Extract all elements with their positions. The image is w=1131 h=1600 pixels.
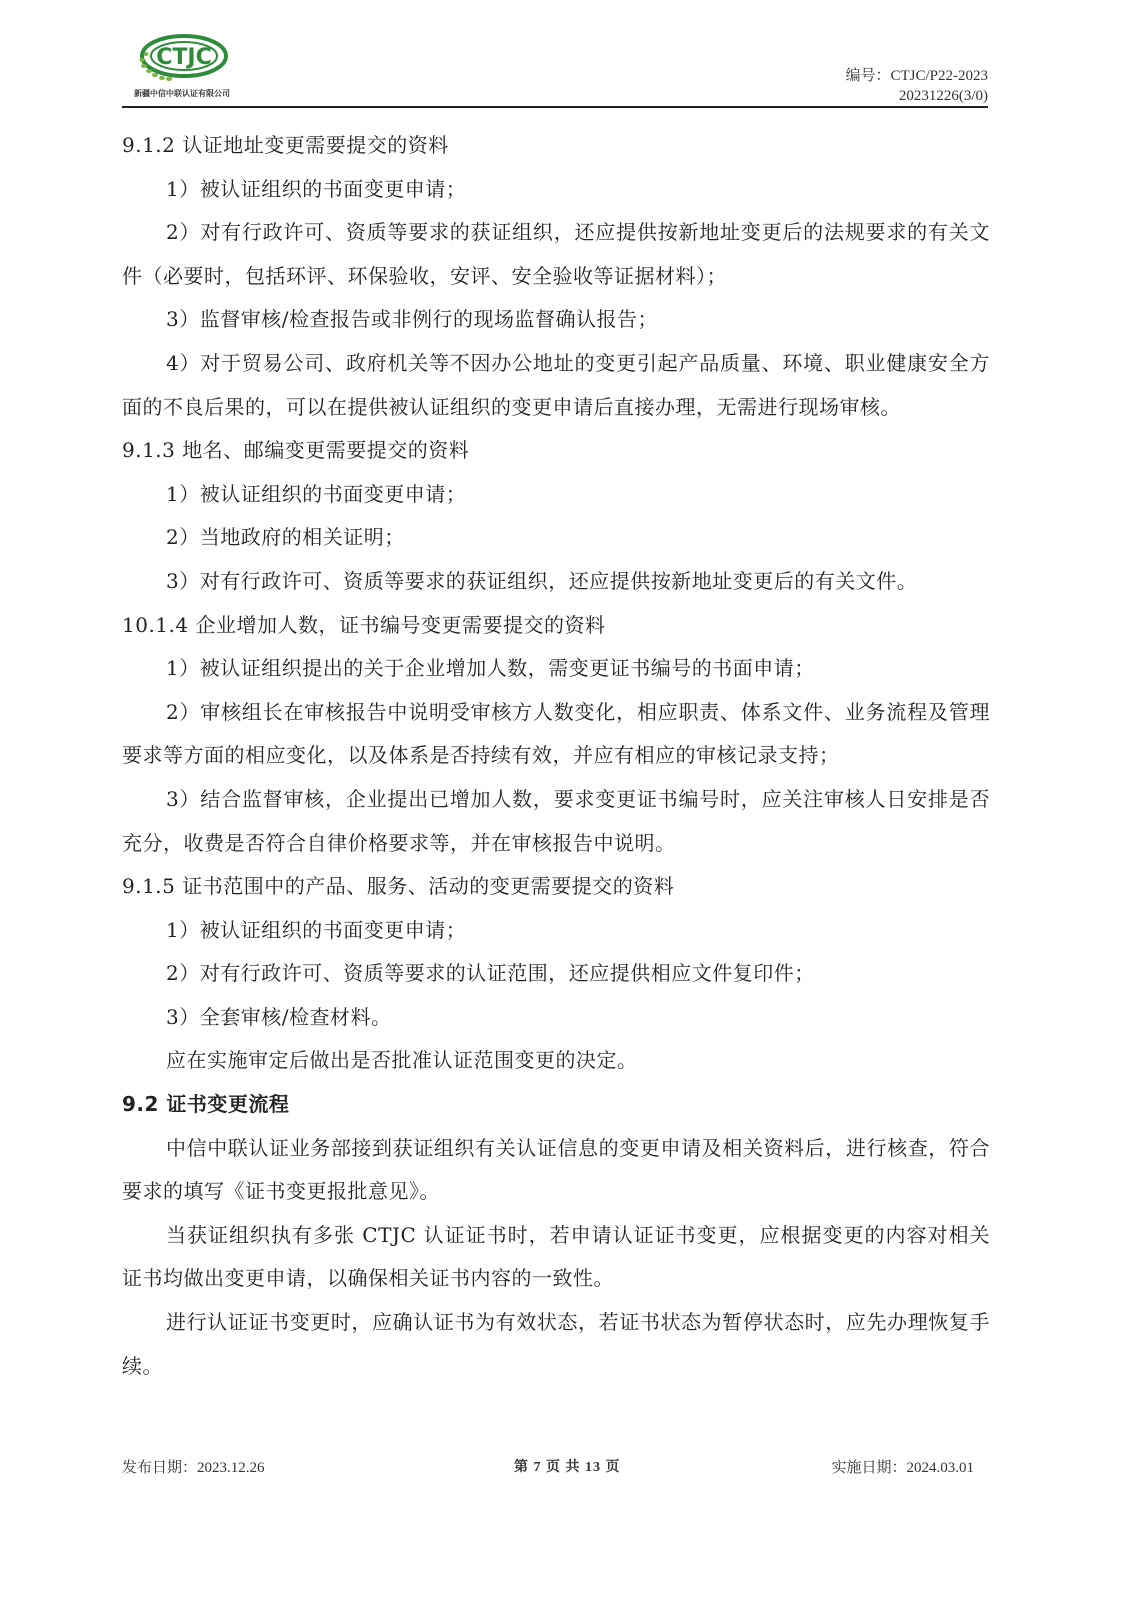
list-item: 3）结合监督审核，企业提出已增加人数，要求变更证书编号时，应关注审核人日安排是否… bbox=[122, 778, 990, 865]
document-body: 9.1.2 认证地址变更需要提交的资料 1）被认证组织的书面变更申请； 2）对有… bbox=[122, 124, 990, 1388]
company-name: 新疆中信中联认证有限公司 bbox=[134, 88, 230, 99]
list-item: 3）全套审核/检查材料。 bbox=[122, 996, 990, 1040]
document-number: 编号：CTJC/P22-2023 bbox=[845, 66, 988, 86]
list-item: 2）审核组长在审核报告中说明受审核方人数变化，相应职责、体系文件、业务流程及管理… bbox=[122, 691, 990, 778]
publish-date: 发布日期：2023.12.26 bbox=[122, 1456, 265, 1477]
section-heading-9-1-5: 9.1.5 证书范围中的产品、服务、活动的变更需要提交的资料 bbox=[122, 865, 990, 909]
company-logo: CTJC 新疆中信中联认证有限公司 bbox=[132, 32, 232, 100]
list-item: 2）当地政府的相关证明； bbox=[122, 516, 990, 560]
section-heading-9-2: 9.2 证书变更流程 bbox=[122, 1083, 990, 1127]
paragraph: 中信中联认证业务部接到获证组织有关认证信息的变更申请及相关资料后，进行核查，符合… bbox=[122, 1127, 990, 1214]
svg-text:CTJC: CTJC bbox=[156, 45, 211, 70]
page-header: CTJC 新疆中信中联认证有限公司 编号：CTJC/P22-2023 20231… bbox=[122, 28, 988, 108]
section-heading-10-1-4: 10.1.4 企业增加人数，证书编号变更需要提交的资料 bbox=[122, 604, 990, 648]
list-item: 1）被认证组织的书面变更申请； bbox=[122, 909, 990, 953]
document-version: 20231226(3/0) bbox=[845, 86, 988, 106]
list-item: 1）被认证组织的书面变更申请； bbox=[122, 473, 990, 517]
list-item: 2）对有行政许可、资质等要求的获证组织，还应提供按新地址变更后的法规要求的有关文… bbox=[122, 211, 990, 298]
section-heading-9-1-3: 9.1.3 地名、邮编变更需要提交的资料 bbox=[122, 429, 990, 473]
document-meta: 编号：CTJC/P22-2023 20231226(3/0) bbox=[845, 66, 988, 106]
effective-date: 实施日期：2024.03.01 bbox=[831, 1456, 974, 1477]
paragraph: 应在实施审定后做出是否批准认证范围变更的决定。 bbox=[122, 1039, 990, 1083]
list-item: 3）对有行政许可、资质等要求的获证组织，还应提供按新地址变更后的有关文件。 bbox=[122, 560, 990, 604]
section-heading-9-1-2: 9.1.2 认证地址变更需要提交的资料 bbox=[122, 124, 990, 168]
paragraph: 进行认证证书变更时，应确认证书为有效状态，若证书状态为暂停状态时，应先办理恢复手… bbox=[122, 1301, 990, 1388]
list-item: 1）被认证组织提出的关于企业增加人数，需变更证书编号的书面申请； bbox=[122, 647, 990, 691]
paragraph: 当获证组织执有多张 CTJC 认证证书时，若申请认证证书变更，应根据变更的内容对… bbox=[122, 1214, 990, 1301]
list-item: 1）被认证组织的书面变更申请； bbox=[122, 168, 990, 212]
ctjc-logo-icon: CTJC bbox=[132, 32, 232, 88]
list-item: 4）对于贸易公司、政府机关等不因办公地址的变更引起产品质量、环境、职业健康安全方… bbox=[122, 342, 990, 429]
list-item: 3）监督审核/检查报告或非例行的现场监督确认报告； bbox=[122, 298, 990, 342]
list-item: 2）对有行政许可、资质等要求的认证范围，还应提供相应文件复印件； bbox=[122, 952, 990, 996]
page-footer: 发布日期：2023.12.26 第 7 页 共 13 页 实施日期：2024.0… bbox=[122, 1456, 974, 1480]
page-number: 第 7 页 共 13 页 bbox=[514, 1456, 621, 1476]
